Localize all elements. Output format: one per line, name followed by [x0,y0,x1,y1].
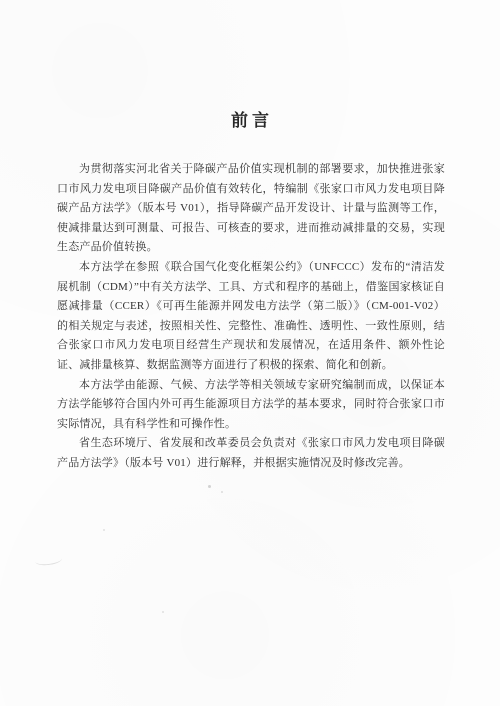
scan-speck [162,611,164,613]
paragraph-4: 省生态环境厅、省发展和改革委员会负责对《张家口市风力发电项目降碳产品方法学》（版… [57,434,445,473]
scan-speck [221,491,223,493]
paragraph-1: 为贯彻落实河北省关于降碳产品价值实现机制的部署要求，加快推进张家口市风力发电项目… [57,160,445,258]
scan-speck [208,485,211,488]
paragraph-2: 本方法学在参照《联合国气化变化框架公约》（UNFCCC）发布的“清洁发展机制（C… [57,258,445,376]
page-title: 前言 [0,108,500,134]
document-body: 为贯彻落实河北省关于降碳产品价值实现机制的部署要求，加快推进张家口市风力发电项目… [57,160,445,474]
scanned-document-page: 前言 为贯彻落实河北省关于降碳产品价值实现机制的部署要求，加快推进张家口市风力发… [0,0,500,706]
scan-scribble-mark [34,553,62,566]
paragraph-3: 本方法学由能源、气候、方法学等相关领域专家研究编制而成，以保证本方法学能够符合国… [57,376,445,435]
scan-speck [103,529,105,531]
